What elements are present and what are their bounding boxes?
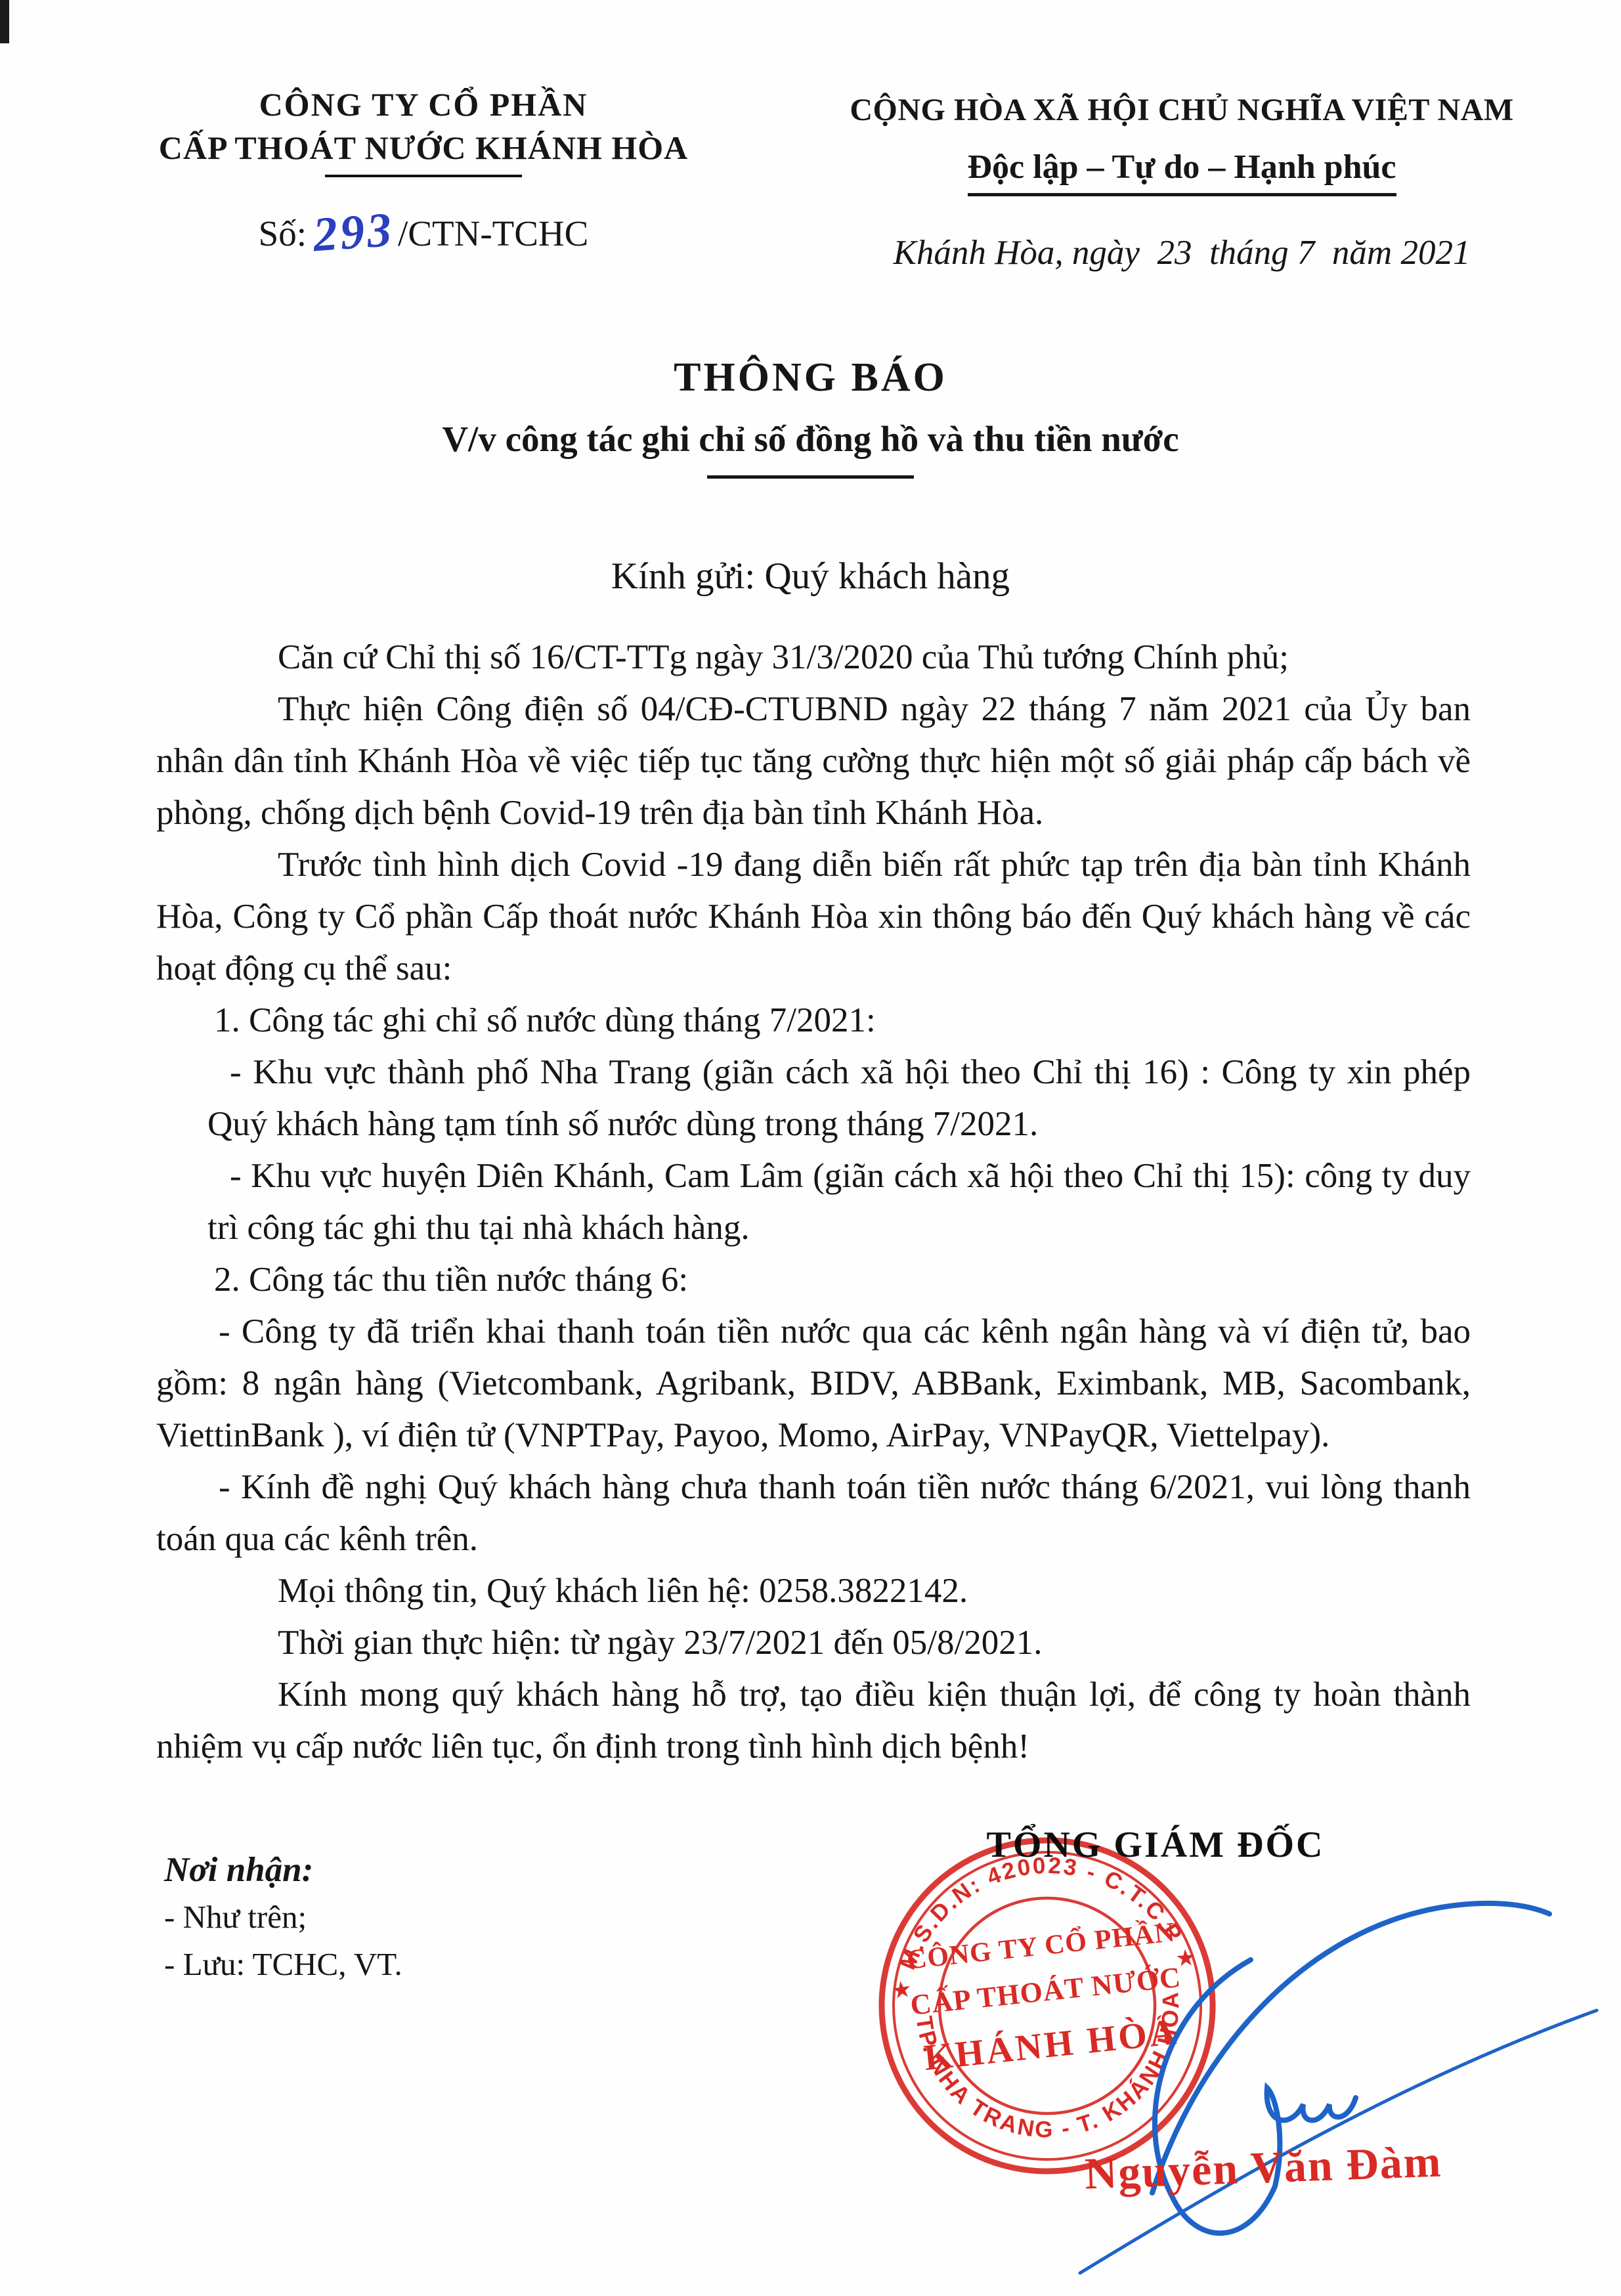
document-number-label: Số: — [259, 213, 307, 253]
paragraph: Thời gian thực hiện: từ ngày 23/7/2021 đ… — [156, 1617, 1471, 1669]
paragraph: Mọi thông tin, Quý khách liên hệ: 0258.3… — [156, 1565, 1471, 1617]
paragraph: 2. Công tác thu tiền nước tháng 6: — [214, 1254, 1471, 1306]
recipients-list: - Như trên;- Lưu: TCHC, VT. — [164, 1894, 402, 1988]
salutation: Kính gửi: Quý khách hàng — [0, 555, 1621, 597]
place-date-line: Khánh Hòa, ngày 23 tháng 7 năm 2021 — [847, 233, 1517, 272]
handwritten-signature — [1080, 1903, 1597, 2273]
recipient-item: - Như trên; — [164, 1894, 402, 1941]
title-rule — [707, 475, 914, 479]
paragraph: Kính mong quý khách hàng hỗ trợ, tạo điề… — [156, 1669, 1471, 1773]
issuer-name-line1: CÔNG TY CỔ PHẦN — [154, 85, 693, 123]
scan-artifact — [0, 0, 9, 43]
issuer-block: CÔNG TY CỔ PHẦN CẤP THOÁT NƯỚC KHÁNH HÒA… — [154, 85, 693, 258]
paragraph: 1. Công tác ghi chỉ số nước dùng tháng 7… — [214, 995, 1471, 1047]
paragraph: - Công ty đã triển khai thanh toán tiền … — [156, 1306, 1471, 1462]
title-block: THÔNG BÁO V/v công tác ghi chỉ số đồng h… — [0, 355, 1621, 479]
document-title: THÔNG BÁO — [0, 355, 1621, 401]
document-number: Số:293/CTN-TCHC — [154, 202, 693, 258]
recipient-item: - Lưu: TCHC, VT. — [164, 1941, 402, 1988]
recipients-block: Nơi nhận: - Như trên;- Lưu: TCHC, VT. — [164, 1846, 402, 1988]
document-number-handwritten: 293 — [311, 202, 396, 263]
document-page: CÔNG TY CỔ PHẦN CẤP THOÁT NƯỚC KHÁNH HÒA… — [0, 0, 1621, 2296]
stamp-and-signature: ★ M.S.D.N: 420023 - C.T.C.P ★ TP. NHA TR… — [840, 1773, 1621, 2296]
paragraph: Thực hiện Công điện số 04/CĐ-CTUBND ngày… — [156, 683, 1471, 839]
paragraph: Trước tình hình dịch Covid -19 đang diễn… — [156, 839, 1471, 995]
national-motto-block: CỘNG HÒA XÃ HỘI CHỦ NGHĨA VIỆT NAM Độc l… — [847, 92, 1517, 272]
paragraph: - Khu vực thành phố Nha Trang (giãn cách… — [207, 1047, 1471, 1150]
issuer-rule — [325, 175, 522, 177]
document-body: Căn cứ Chỉ thị số 16/CT-TTg ngày 31/3/20… — [156, 632, 1471, 1773]
paragraph: Căn cứ Chỉ thị số 16/CT-TTg ngày 31/3/20… — [156, 632, 1471, 683]
issuer-name-line2: CẤP THOÁT NƯỚC KHÁNH HÒA — [154, 129, 693, 167]
document-number-suffix: /CTN-TCHC — [398, 213, 588, 253]
paragraph: - Khu vực huyện Diên Khánh, Cam Lâm (giã… — [207, 1150, 1471, 1254]
paragraph: - Kính đề nghị Quý khách hàng chưa thanh… — [156, 1462, 1471, 1565]
national-title: CỘNG HÒA XÃ HỘI CHỦ NGHĨA VIỆT NAM — [847, 92, 1517, 128]
national-motto: Độc lập – Tự do – Hạnh phúc — [968, 148, 1396, 196]
document-subtitle: V/v công tác ghi chỉ số đồng hồ và thu t… — [0, 418, 1621, 460]
recipients-title: Nơi nhận: — [164, 1846, 402, 1894]
